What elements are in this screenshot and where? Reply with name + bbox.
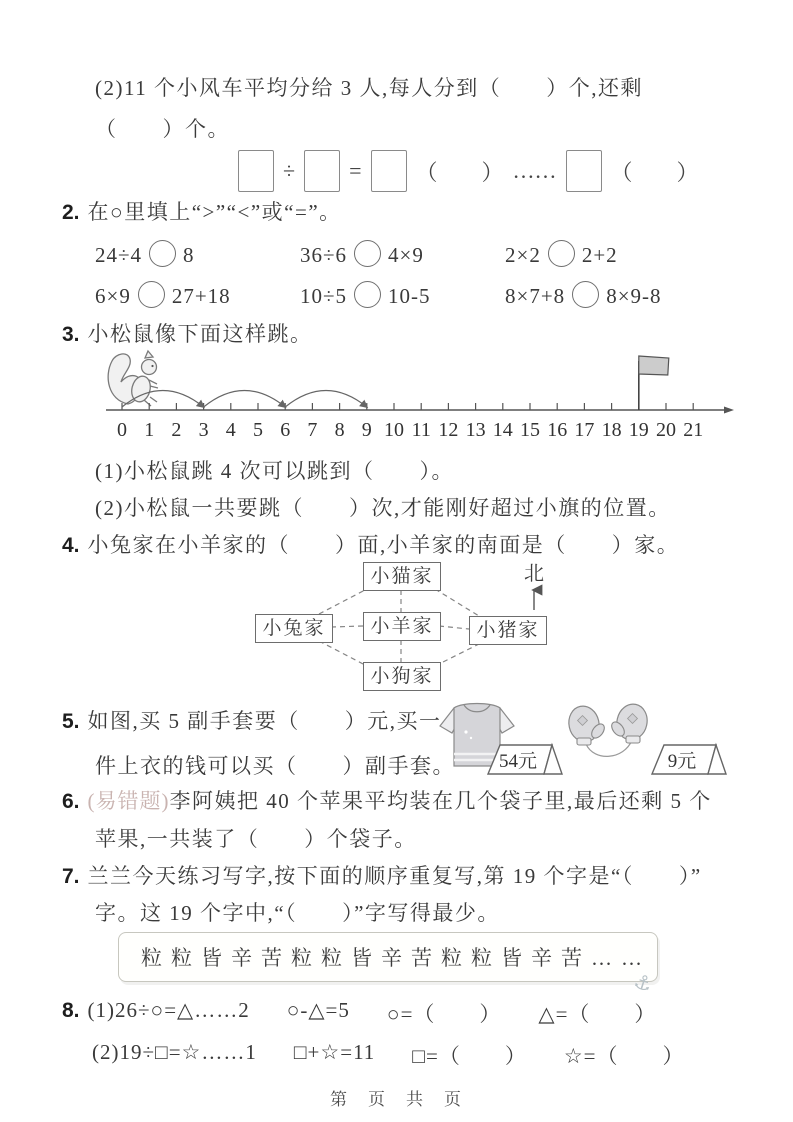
svg-text:10: 10 [384, 419, 404, 441]
q2-number: 2. [62, 201, 80, 224]
q8-equation: (1)26÷○=△……2 [88, 998, 250, 1028]
svg-text:6: 6 [280, 419, 290, 441]
q3-number: 3. [62, 323, 80, 346]
svg-text:18: 18 [602, 419, 622, 441]
q6-line2: 苹果,一共装了（ ）个袋子。 [95, 823, 417, 853]
house-sheep: 小羊家 [363, 612, 441, 641]
squirrel-illustration [108, 351, 158, 406]
compare-circle [354, 281, 381, 308]
blank-parens: （ ） [611, 156, 699, 187]
q5-line1: 如图,买 5 副手套要（ ）元,买一 [88, 709, 442, 733]
q3-sub2: (2)小松鼠一共要跳（ ）次,才能刚好超过小旗的位置。 [95, 492, 671, 522]
house-rabbit: 小兔家 [255, 614, 333, 643]
house-pig: 小猪家 [469, 616, 547, 645]
svg-text:11: 11 [412, 419, 431, 441]
q1-part2-line1: (2)11 个小风车平均分给 3 人,每人分到（ ）个,还剩 [95, 72, 643, 102]
compare-circle [572, 281, 599, 308]
answer-box [304, 150, 340, 192]
q2-title: 在○里填上“>”“<”或“=”。 [88, 200, 342, 224]
shirt-price: 54元 [499, 750, 537, 772]
q2-row-1: 24÷48 36÷64×9 2×22+2 [95, 240, 618, 268]
banner-text: 粒粒皆辛苦粒粒皆辛苦粒粒皆辛苦…… [141, 942, 651, 972]
q7-line2: 字。这 19 个字中,“（ ）”字写得最少。 [95, 897, 500, 927]
q8-answer-blank: ○=（ ） [387, 998, 502, 1028]
q5-number: 5. [62, 710, 80, 733]
q2-heading: 2.在○里填上“>”“<”或“=”。 [62, 196, 342, 226]
q4-title: 小兔家在小羊家的（ ）面,小羊家的南面是（ ）家。 [88, 533, 680, 557]
gloves-price: 9元 [668, 750, 697, 772]
answer-box [371, 150, 407, 192]
north-label: 北 [524, 563, 544, 585]
q3-heading: 3.小松鼠像下面这样跳。 [62, 318, 313, 348]
q3-sub1: (1)小松鼠跳 4 次可以跳到（ ）。 [95, 455, 454, 485]
q6-number: 6. [62, 790, 80, 813]
compare-item: 8×7+88×9-8 [505, 281, 662, 309]
q7-number: 7. [62, 865, 80, 888]
gloves-illustration [560, 700, 660, 768]
q6-line1: 李阿姨把 40 个苹果平均装在几个袋子里,最后还剩 5 个 [170, 789, 712, 813]
page-footer: 第 页 共 页 [0, 1085, 793, 1110]
q2-row-2: 6×927+18 10÷510-5 8×7+88×9-8 [95, 281, 662, 309]
q4-heading: 4.小兔家在小羊家的（ ）面,小羊家的南面是（ ）家。 [62, 529, 679, 559]
anchor-icon: ⚓ [631, 968, 664, 999]
compare-circle [138, 281, 165, 308]
q7-line1: 兰兰今天练习写字,按下面的顺序重复写,第 19 个字是“（ ）” [88, 864, 702, 888]
gloves-price-tag: 9元 [648, 742, 732, 778]
remainder-dots: …… [513, 158, 557, 184]
q7-heading: 7.兰兰今天练习写字,按下面的顺序重复写,第 19 个字是“（ ）” [62, 860, 702, 890]
q6-heading: 6.(易错题)李阿姨把 40 个苹果平均装在几个袋子里,最后还剩 5 个 [62, 785, 712, 815]
compare-item: 10÷510-5 [300, 281, 505, 309]
svg-text:7: 7 [307, 419, 317, 441]
svg-text:1: 1 [144, 419, 154, 441]
compare-item: 24÷48 [95, 240, 300, 268]
svg-text:4: 4 [226, 419, 236, 441]
svg-text:8: 8 [335, 419, 345, 441]
svg-text:15: 15 [520, 419, 540, 441]
svg-text:12: 12 [438, 419, 458, 441]
q8-row-2: (2)19÷□=☆……1 □+☆=11 □=（ ） ☆=（ ） [92, 1040, 685, 1070]
q8-answer-blank: □=（ ） [412, 1040, 527, 1070]
compare-circle [354, 240, 381, 267]
easy-mistake-tag: (易错题) [88, 789, 170, 813]
svg-text:13: 13 [466, 419, 486, 441]
house-cat: 小猫家 [363, 562, 441, 591]
answer-box [566, 150, 602, 192]
svg-text:21: 21 [683, 419, 703, 441]
blank-parens: （ ） [416, 156, 504, 187]
equals-sign: = [349, 158, 361, 184]
q8-answer-blank: △=（ ） [538, 998, 656, 1028]
svg-text:16: 16 [547, 419, 567, 441]
compare-item: 2×22+2 [505, 240, 618, 268]
svg-text:9: 9 [362, 419, 372, 441]
divide-sign: ÷ [283, 158, 295, 184]
compare-item: 6×927+18 [95, 281, 300, 309]
shirt-price-tag: 54元 [484, 742, 568, 778]
compare-circle [548, 240, 575, 267]
compare-circle [149, 240, 176, 267]
svg-text:17: 17 [574, 419, 594, 441]
compare-item: 36÷64×9 [300, 240, 505, 268]
svg-text:20: 20 [656, 419, 676, 441]
svg-text:0: 0 [117, 419, 127, 441]
q5-heading: 5.如图,买 5 副手套要（ ）元,买一 [62, 705, 442, 735]
q8-equation: □+☆=11 [294, 1040, 375, 1070]
house-dog: 小狗家 [363, 662, 441, 691]
q3-title: 小松鼠像下面这样跳。 [88, 322, 313, 346]
houses-map: 北 小猫家 小兔家 小羊家 小猪家 小狗家 [253, 558, 563, 698]
q1-formula-row: ÷ = （ ） …… （ ） [238, 150, 699, 192]
svg-text:3: 3 [199, 419, 209, 441]
q8-equation: (2)19÷□=☆……1 [92, 1040, 257, 1070]
q5-line2: 件上衣的钱可以买（ ）副手套。 [95, 750, 455, 780]
answer-box [238, 150, 274, 192]
svg-text:5: 5 [253, 419, 263, 441]
svg-text:14: 14 [493, 419, 513, 441]
q8-equation: ○-△=5 [287, 998, 350, 1028]
q8-row-1: 8. (1)26÷○=△……2 ○-△=5 ○=（ ） △=（ ） [62, 998, 656, 1028]
numberline-figure: 0123456789101112131415161718192021 [100, 348, 740, 448]
q1-part2-line2: （ ）个。 [95, 113, 230, 143]
svg-text:2: 2 [171, 419, 181, 441]
svg-text:19: 19 [629, 419, 649, 441]
q4-number: 4. [62, 534, 80, 557]
q8-number: 8. [62, 999, 80, 1023]
worksheet-page: (2)11 个小风车平均分给 3 人,每人分到（ ）个,还剩 （ ）个。 ÷ =… [0, 0, 793, 1122]
character-banner: 粒粒皆辛苦粒粒皆辛苦粒粒皆辛苦…… ⚓ [118, 932, 658, 982]
q8-answer-blank: ☆=（ ） [564, 1040, 685, 1070]
